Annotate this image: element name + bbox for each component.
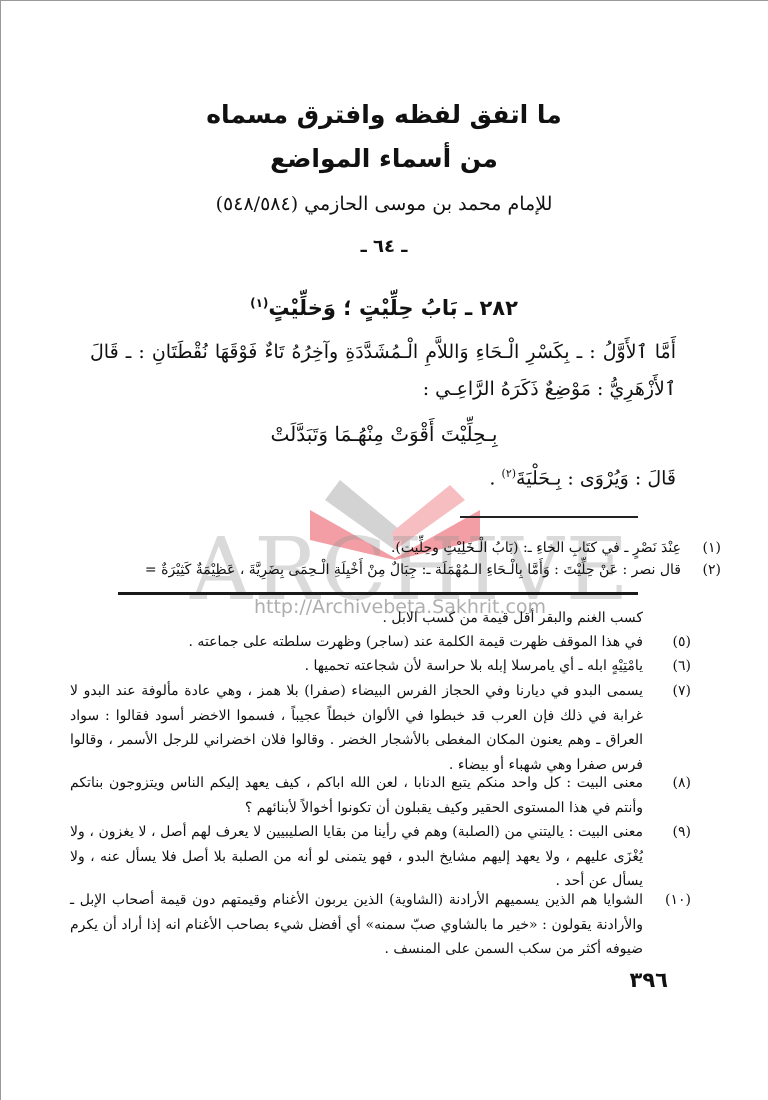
entry-line-1: أَمَّا ٱلأَوَّلُ : ـ بِكَسْرِ الْـحَاءِ … — [90, 341, 676, 363]
footnote-2: (٢) قال نصر : عَنْ حِلِّيْتَ : وَأَمَّا … — [82, 562, 681, 578]
note-text: في هذا الموقف ظهرت قيمة الكلمة عند (ساجر… — [189, 634, 643, 650]
footnote-ref-1: (١) — [250, 296, 268, 310]
note-6: (٦) يامْتِيْهٍ ابله ـ أي يامرسلا إبله بل… — [70, 654, 643, 679]
note-7: (٧) يسمى البدو في ديارنا وفي الحجاز الفر… — [70, 679, 643, 777]
note-number: (٩) — [673, 820, 691, 845]
page-number: ٣٩٦ — [630, 968, 668, 992]
footnote-separator — [460, 516, 638, 518]
note-text: يامْتِيْهٍ ابله ـ أي يامرسلا إبله بلا حر… — [305, 658, 643, 674]
note-number: (٧) — [673, 679, 691, 704]
section-divider — [118, 592, 638, 595]
note-text: يسمى البدو في ديارنا وفي الحجاز الفرس ال… — [70, 683, 643, 773]
entry-line-3: قَالَ : وَيُرْوَى : بِـحَلْيَةَ(٢) . — [489, 467, 676, 489]
footnote-1: (١) عِنْدَ نَصْرٍ ـ في كتَابِ الخاءِ ـ: … — [82, 540, 681, 556]
note-number: (٦) — [673, 654, 691, 679]
note-number: (١٠) — [665, 888, 691, 913]
note-number: (٨) — [673, 771, 691, 796]
note-10: (١٠) الشوايا هم الذين يسميهم الأرادنة (ا… — [70, 888, 643, 962]
footnote-text: قال نصر : عَنْ حِلِّيْتَ : وَأَمَّا بِال… — [145, 562, 681, 578]
entry-line-3-text: قَالَ : وَيُرْوَى : بِـحَلْيَةَ — [516, 467, 676, 489]
note-text: الشوايا هم الذين يسميهم الأرادنة (الشاوي… — [70, 892, 643, 957]
note-text: معنى البيت : كل واحد منكم يتبع الدنابا ،… — [70, 775, 643, 816]
footnote-number: (٢) — [703, 562, 721, 578]
book-title-line1: ما اتفق لفظه وافترق مسماه — [0, 100, 768, 129]
book-author: للإمام محمد بن موسى الحازمي (٥٤٨/٥٨٤) — [0, 193, 768, 215]
entry-heading-text: ٢٨٢ ـ بَابُ حِلِّيْتٍ ؛ وَخلِّيْتٍ — [268, 296, 518, 320]
book-title-line2: من أسماء المواضع — [0, 144, 768, 173]
footnote-ref-2: (٢) — [502, 467, 517, 480]
note-5: (٥) في هذا الموقف ظهرت قيمة الكلمة عند (… — [70, 630, 643, 655]
note-continuation: كسب الغنم والبقر أقل قيمة من كسب الابل . — [70, 606, 643, 631]
entry-line-3-end: . — [489, 467, 501, 489]
entry-heading: ٢٨٢ ـ بَابُ حِلِّيْتٍ ؛ وَخلِّيْتٍ(١) — [0, 296, 768, 320]
entry-line-2: ٱلأَزْهَرِيُّ : مَوْضِعٌ ذَكَرَهُ الرَّا… — [423, 378, 676, 400]
note-9: (٩) معنى البيت : ياليتني من (الصلبة) وهم… — [70, 820, 643, 894]
poem-verse: بِـحِلِّيْتَ أَقْوَتْ مِنْهُـمَا وَتَبَد… — [0, 422, 768, 446]
note-text: معنى البيت : ياليتني من (الصلبة) وهم في … — [70, 824, 643, 889]
note-number: (٥) — [673, 630, 691, 655]
footnote-text: عِنْدَ نَصْرٍ ـ في كتَابِ الخاءِ ـ: (بَا… — [391, 540, 681, 556]
document-page: ما اتفق لفظه وافترق مسماه من أسماء الموا… — [0, 0, 768, 1100]
footnote-number: (١) — [703, 540, 721, 556]
note-8: (٨) معنى البيت : كل واحد منكم يتبع الدنا… — [70, 771, 643, 820]
part-number: ـ ٦٤ ـ — [0, 236, 768, 257]
